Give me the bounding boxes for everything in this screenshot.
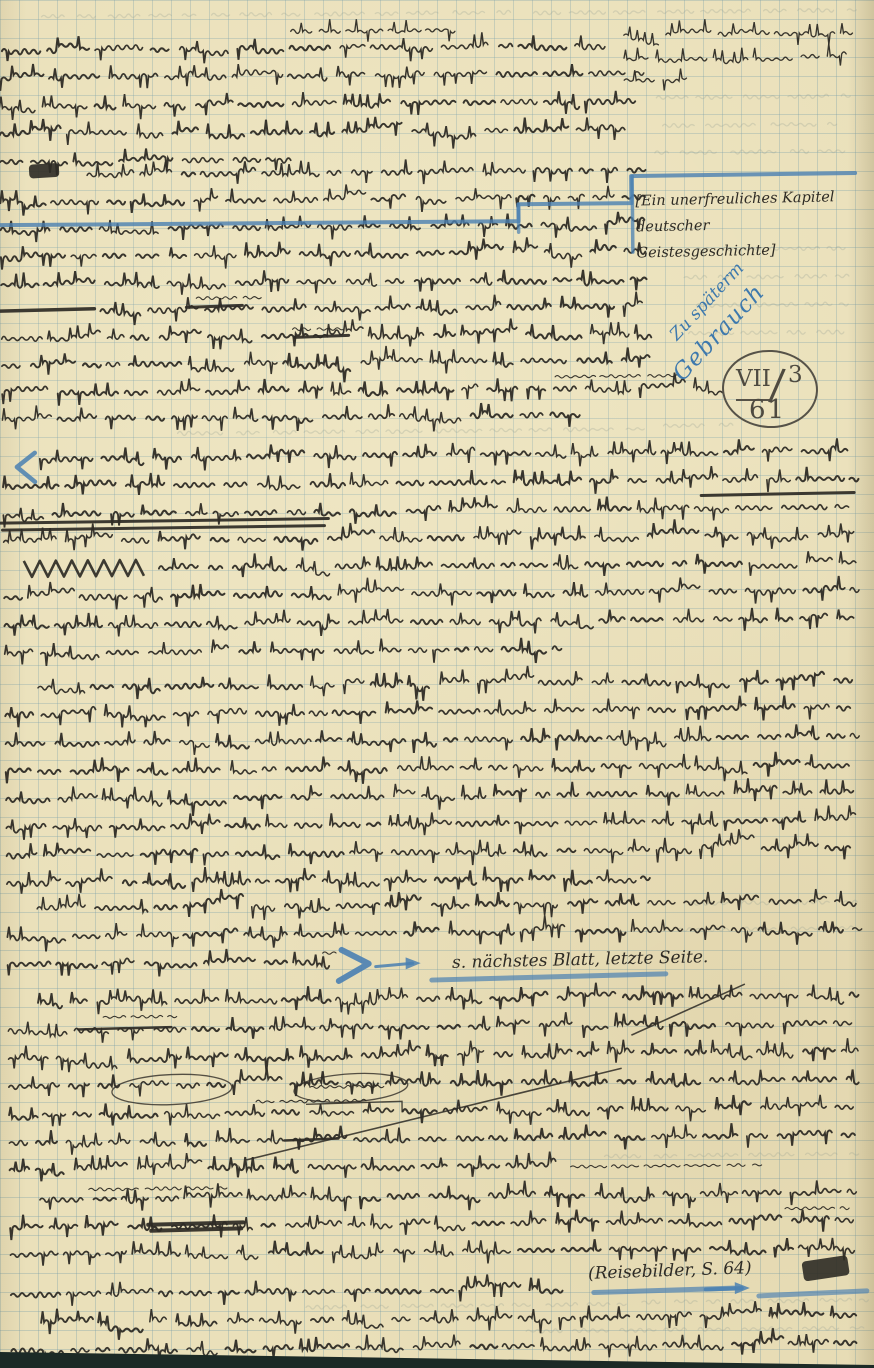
bracket-note-line2: Geistesgeschichte] [636,243,775,262]
margin-bracket-note: [Ein unerfreuliches Kapitel deutscher Ge… [635,184,874,267]
page-mark-number: 3 [788,358,803,394]
page-mark-page: 61 [749,390,786,430]
manuscript-page: [Ein unerfreuliches Kapitel deutscher Ge… [0,0,874,1368]
page-number-stamp: VII / 3 61 [722,350,820,432]
bracket-note-line1: [Ein unerfreuliches Kapitel deutscher [635,189,834,235]
